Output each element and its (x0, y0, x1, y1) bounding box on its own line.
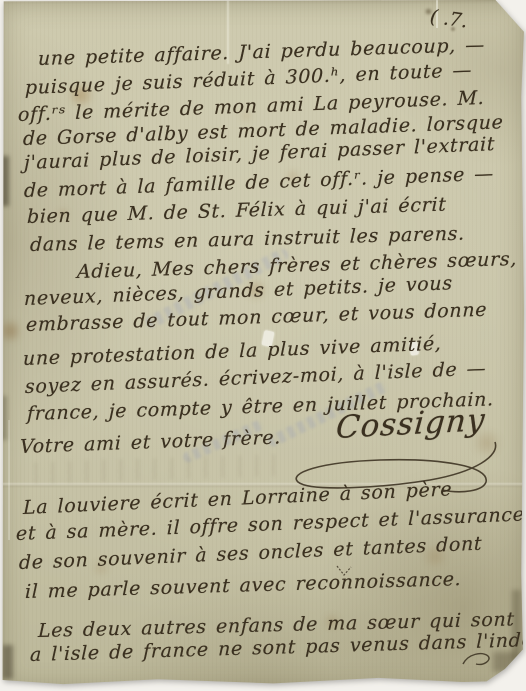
scanned-letter-page: ( .7. une petite affaire. J'ai perdu bea… (0, 0, 526, 691)
edge-shadow (0, 156, 9, 206)
farewell-line: Votre ami et votre frère. (20, 426, 281, 458)
postscript-line: il me parle souvent avec reconnoissance. (25, 568, 462, 603)
ink-curl-mark (462, 650, 492, 668)
stain (0, 316, 20, 346)
edge-shadow (0, 396, 7, 440)
vertical-crease (8, 420, 10, 540)
insertion-caret-mark (336, 565, 352, 577)
ink-bleed-through (34, 454, 285, 485)
edge-shadow (2, 645, 13, 679)
edge-shadow (493, 652, 517, 672)
paper: ( .7. une petite affaire. J'ai perdu bea… (0, 0, 526, 691)
page-number-mark: ( .7. (429, 5, 469, 32)
